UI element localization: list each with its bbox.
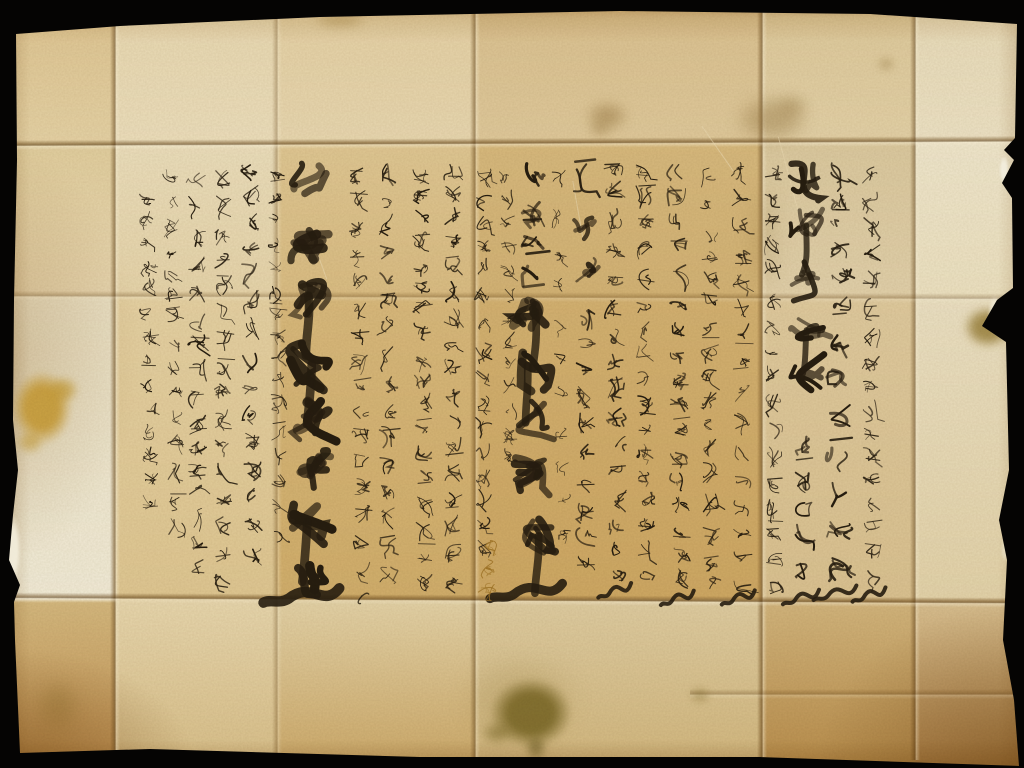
fold-panel [115, 297, 277, 600]
fold-panel [915, 4, 1020, 143]
photo-background [0, 0, 1024, 768]
fold-panel [762, 297, 915, 600]
manuscript-paper [0, 0, 1024, 768]
fold-panel [6, 600, 115, 768]
fold-panel [277, 4, 475, 143]
fold-panel [915, 143, 1020, 297]
fold-panel [6, 297, 115, 600]
fold-panel [915, 297, 1020, 600]
fold-panel [277, 297, 475, 600]
fold-panel [115, 143, 277, 297]
fold-panel [475, 600, 762, 768]
fold-panel [762, 143, 915, 297]
fold-panel [277, 600, 475, 768]
fold-panel [115, 600, 277, 768]
fold-panel [475, 143, 762, 297]
fold-panels [0, 0, 1024, 768]
fold-panel [762, 4, 915, 143]
fold-panel [915, 600, 1020, 768]
fold-panel [475, 4, 762, 143]
fold-panel [6, 4, 115, 143]
fold-panel [277, 143, 475, 297]
fold-panel [115, 4, 277, 143]
fold-panel [762, 600, 915, 768]
fold-panel [6, 143, 115, 297]
fold-panel [475, 297, 762, 600]
